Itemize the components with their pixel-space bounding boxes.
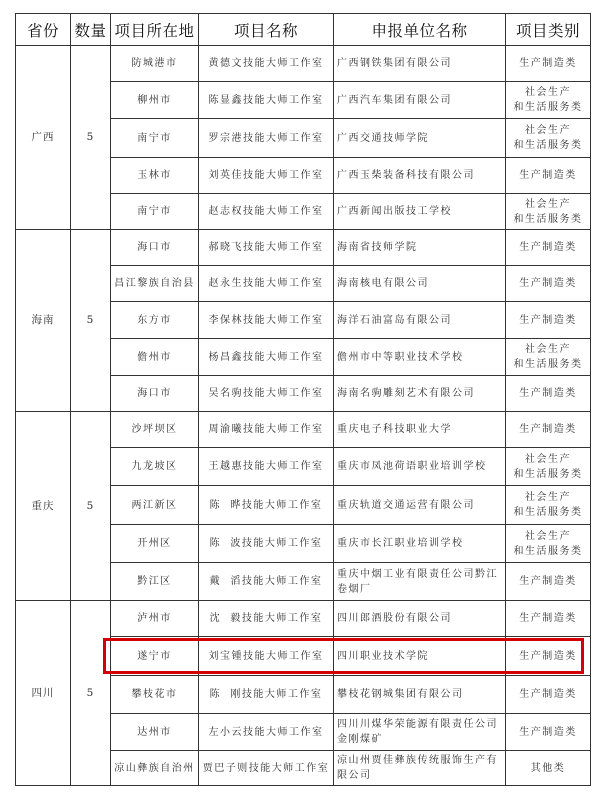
- table-row: 海南5海口市郝晓飞技能大师工作室海南省技师学院生产制造类: [16, 230, 591, 266]
- project-name-cell: 沈 毅技能大师工作室: [199, 601, 334, 637]
- unit-name-cell: 四川职业技术学院: [334, 637, 506, 676]
- category-cell: 生产制造类: [506, 714, 591, 751]
- project-name-cell: 戴 滔技能大师工作室: [199, 563, 334, 601]
- category-cell: 社会生产 和生活服务类: [506, 119, 591, 158]
- project-name-cell: 陈 晔技能大师工作室: [199, 486, 334, 525]
- project-name-cell: 陈 波技能大师工作室: [199, 525, 334, 563]
- category-cell: 生产制造类: [506, 230, 591, 266]
- location-cell: 南宁市: [111, 119, 199, 158]
- project-name-cell: 杨昌鑫技能大师工作室: [199, 339, 334, 376]
- project-name-cell: 王越惠技能大师工作室: [199, 448, 334, 486]
- project-name-cell: 李保林技能大师工作室: [199, 302, 334, 339]
- location-cell: 攀枝花市: [111, 676, 199, 714]
- category-cell: 生产制造类: [506, 158, 591, 194]
- unit-name-cell: 广西玉柴装备科技有限公司: [334, 158, 506, 194]
- location-cell: 开州区: [111, 525, 199, 563]
- unit-name-cell: 四川川煤华荣能源有限责任公司金刚煤矿: [334, 714, 506, 751]
- unit-name-cell: 重庆市凤池荷语职业培训学校: [334, 448, 506, 486]
- location-cell: 沙坪坝区: [111, 412, 199, 448]
- category-cell: 其他类: [506, 751, 591, 786]
- location-cell: 南宁市: [111, 194, 199, 230]
- category-cell: 生产制造类: [506, 46, 591, 82]
- project-name-cell: 周渝曦技能大师工作室: [199, 412, 334, 448]
- header-province: 省份: [16, 14, 71, 46]
- location-cell: 玉林市: [111, 158, 199, 194]
- unit-name-cell: 海南名驹雕刻艺术有限公司: [334, 376, 506, 412]
- location-cell: 柳州市: [111, 82, 199, 119]
- project-name-cell: 黄德文技能大师工作室: [199, 46, 334, 82]
- project-name-cell: 刘宝锺技能大师工作室: [199, 637, 334, 676]
- category-cell: 生产制造类: [506, 676, 591, 714]
- location-cell: 防城港市: [111, 46, 199, 82]
- project-name-cell: 刘英佳技能大师工作室: [199, 158, 334, 194]
- category-cell: 生产制造类: [506, 302, 591, 339]
- project-name-cell: 陈显鑫技能大师工作室: [199, 82, 334, 119]
- location-cell: 九龙坡区: [111, 448, 199, 486]
- table-row: 重庆5沙坪坝区周渝曦技能大师工作室重庆电子科技职业大学生产制造类: [16, 412, 591, 448]
- location-cell: 黔江区: [111, 563, 199, 601]
- location-cell: 东方市: [111, 302, 199, 339]
- header-location: 项目所在地: [111, 14, 199, 46]
- province-cell: 四川: [16, 601, 71, 786]
- unit-name-cell: 攀枝花钢城集团有限公司: [334, 676, 506, 714]
- project-name-cell: 罗宗港技能大师工作室: [199, 119, 334, 158]
- unit-name-cell: 重庆市长江职业培训学校: [334, 525, 506, 563]
- unit-name-cell: 海洋石油富岛有限公司: [334, 302, 506, 339]
- location-cell: 达州市: [111, 714, 199, 751]
- unit-name-cell: 儋州市中等职业技术学校: [334, 339, 506, 376]
- location-cell: 遂宁市: [111, 637, 199, 676]
- table-header-row: 省份 数量 项目所在地 项目名称 申报单位名称 项目类别: [16, 14, 591, 46]
- unit-name-cell: 凉山州贾佳彝族传统服饰生产有限公司: [334, 751, 506, 786]
- category-cell: 生产制造类: [506, 637, 591, 676]
- location-cell: 两江新区: [111, 486, 199, 525]
- category-cell: 生产制造类: [506, 266, 591, 302]
- project-name-cell: 赵志权技能大师工作室: [199, 194, 334, 230]
- location-cell: 凉山彝族自治州: [111, 751, 199, 786]
- count-cell: 5: [71, 601, 111, 786]
- project-name-cell: 贾巴子则技能大师工作室: [199, 751, 334, 786]
- header-project-name: 项目名称: [199, 14, 334, 46]
- province-cell: 广西: [16, 46, 71, 230]
- project-name-cell: 陈 刚技能大师工作室: [199, 676, 334, 714]
- unit-name-cell: 广西交通技师学院: [334, 119, 506, 158]
- count-cell: 5: [71, 230, 111, 412]
- project-name-cell: 郝晓飞技能大师工作室: [199, 230, 334, 266]
- unit-name-cell: 重庆中烟工业有限责任公司黔江卷烟厂: [334, 563, 506, 601]
- unit-name-cell: 广西新闻出版技工学校: [334, 194, 506, 230]
- category-cell: 社会生产 和生活服务类: [506, 194, 591, 230]
- studio-list-table: 省份 数量 项目所在地 项目名称 申报单位名称 项目类别 广西5防城港市黄德文技…: [15, 13, 591, 786]
- unit-name-cell: 重庆轨道交通运营有限公司: [334, 486, 506, 525]
- header-unit-name: 申报单位名称: [334, 14, 506, 46]
- count-cell: 5: [71, 46, 111, 230]
- count-cell: 5: [71, 412, 111, 601]
- header-category: 项目类别: [506, 14, 591, 46]
- project-name-cell: 左小云技能大师工作室: [199, 714, 334, 751]
- table-row: 四川5泸州市沈 毅技能大师工作室四川郎酒股份有限公司生产制造类: [16, 601, 591, 637]
- category-cell: 生产制造类: [506, 412, 591, 448]
- unit-name-cell: 海南核电有限公司: [334, 266, 506, 302]
- unit-name-cell: 广西汽车集团有限公司: [334, 82, 506, 119]
- category-cell: 社会生产 和生活服务类: [506, 82, 591, 119]
- category-cell: 社会生产 和生活服务类: [506, 486, 591, 525]
- category-cell: 社会生产 和生活服务类: [506, 339, 591, 376]
- unit-name-cell: 重庆电子科技职业大学: [334, 412, 506, 448]
- table-row: 广西5防城港市黄德文技能大师工作室广西钢铁集团有限公司生产制造类: [16, 46, 591, 82]
- province-cell: 海南: [16, 230, 71, 412]
- location-cell: 海口市: [111, 376, 199, 412]
- table-body: 广西5防城港市黄德文技能大师工作室广西钢铁集团有限公司生产制造类柳州市陈显鑫技能…: [16, 46, 591, 786]
- location-cell: 海口市: [111, 230, 199, 266]
- unit-name-cell: 海南省技师学院: [334, 230, 506, 266]
- category-cell: 社会生产 和生活服务类: [506, 525, 591, 563]
- project-name-cell: 吴名驹技能大师工作室: [199, 376, 334, 412]
- unit-name-cell: 四川郎酒股份有限公司: [334, 601, 506, 637]
- location-cell: 泸州市: [111, 601, 199, 637]
- project-name-cell: 赵永生技能大师工作室: [199, 266, 334, 302]
- unit-name-cell: 广西钢铁集团有限公司: [334, 46, 506, 82]
- location-cell: 昌江黎族自治县: [111, 266, 199, 302]
- category-cell: 社会生产 和生活服务类: [506, 448, 591, 486]
- category-cell: 生产制造类: [506, 563, 591, 601]
- header-count: 数量: [71, 14, 111, 46]
- province-cell: 重庆: [16, 412, 71, 601]
- category-cell: 生产制造类: [506, 376, 591, 412]
- category-cell: 生产制造类: [506, 601, 591, 637]
- location-cell: 儋州市: [111, 339, 199, 376]
